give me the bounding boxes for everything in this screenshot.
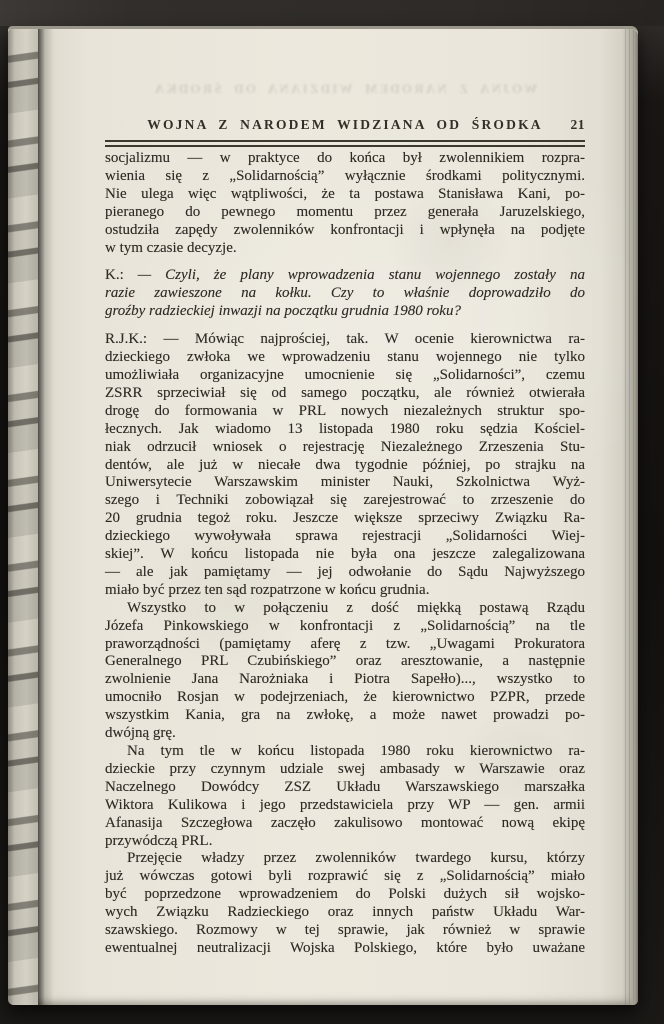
text-line: zwolnienie Jana Narożniaka i Piotra Sape… [105,671,585,689]
text-line: Wiktora Kulikowa i jego przedstawiciela … [105,797,585,815]
running-header: WOJNA Z NARODEM WIDZIANA OD ŚRODKA 21 [105,117,585,133]
text-line: ostudziła zapędy zwolenników konfrontacj… [105,222,585,240]
text-line: już wówczas gotowi byli rozprawić się z … [105,868,585,886]
text-line: Generalnego PRL Czubińskiego” oraz aresz… [105,653,585,671]
header-double-rule [105,140,585,147]
text-line: drogę do formowania w PRL nowych niezale… [105,403,585,421]
text-line: ewentualnej neutralizacji Wojska Polskie… [105,940,585,958]
text-line: Uniwersytecie Warszawskim minister Nauki… [105,474,585,492]
paragraph: socjalizmu — w praktyce do końca był zwo… [105,150,585,257]
text-line: pieranego do pewnego momentu przez gener… [105,204,585,222]
text-line: skiej”. W końcu listopada nie była ona j… [105,546,585,564]
text-line: szego i Techniki zobowiązał się zarejest… [105,492,585,510]
text-line: 20 grudnia tegoż roku. Jeszcze większe s… [105,510,585,528]
text-line: Naczelnego Dowódcy ZSZ Układu Warszawski… [105,779,585,797]
text-line: wszystkim Kania, gra na zwłokę, a może n… [105,707,585,725]
paragraph: Przejęcie władzy przez zwolenników tward… [105,850,585,957]
text-line: być poprzedzone wprowadzeniem do Polski … [105,886,585,904]
text-line: dwójną grę. [105,725,585,743]
page-gutter-crease [38,29,54,1005]
text-line: umocniło Rosjan w podejrzeniach, że kier… [105,689,585,707]
speaker-label: K.: [105,267,124,283]
page-title: WOJNA Z NARODEM WIDZIANA OD ŚRODKA [147,117,542,132]
text-line: wienia się z „Solidarnością” wyłącznie ś… [105,168,585,186]
text-line: dzieckiego zwłoka we wprowadzeniu stanu … [105,349,585,367]
text-line: dentów, ale już w niecałe dwa tygodnie p… [105,457,585,475]
text-line: dzieckiego wywoływała sprawa rejestracji… [105,528,585,546]
photo-background-top [0,0,664,26]
text-line: — ale jak pamiętamy — jej odwołanie do S… [105,564,585,582]
text-line: Nie ulega więc wątpliwości, że ta postaw… [105,186,585,204]
ghost-title: WOJNA Z NARODEM WIDZIANA OD ŚRODKA [153,81,538,96]
text-line: Na tym tle w końcu listopada 1980 roku k… [105,743,585,761]
page-number: 21 [571,117,586,133]
text-line: Afanasija Szczegłowa zaczęło zakulisowo … [105,815,585,833]
text-line: miało być przez ten sąd rozpatrzone w ko… [105,582,585,600]
showthrough-ghost-text: WOJNA Z NARODEM WIDZIANA OD ŚRODKA [105,81,585,97]
text-line: Józefa Pinkowskiego w konfrontacji z „So… [105,618,585,636]
text-line: praworządności (pamiętamy aferę z tzw. „… [105,636,585,654]
text-line: R.J.K.: — Mówiąc najprościej, tak. W oce… [105,331,585,349]
body-text: socjalizmu — w praktyce do końca był zwo… [105,150,585,958]
text-line: ZSRR sprzeciwiał się od samego początku,… [105,385,585,403]
page-content: WOJNA Z NARODEM WIDZIANA OD ŚRODKA WOJNA… [105,29,585,1005]
page-edge-left [8,29,38,1005]
page-edge-right [622,29,638,1005]
text-line: K.: — Czyli, że plany wprowadzenia stanu… [105,267,585,285]
text-line: dzieckie przy czynnym udziale swej ambas… [105,761,585,779]
text-line: socjalizmu — w praktyce do końca był zwo… [105,150,585,168]
book-page: WOJNA Z NARODEM WIDZIANA OD ŚRODKA WOJNA… [8,26,638,1005]
text-line: przywódczą PRL. [105,833,585,851]
text-line: w tym czasie decyzje. [105,240,585,258]
text-line: Wszystko to w połączeniu z dość miękką p… [105,600,585,618]
text-line: groźby radzieckiej inwazji na początku g… [105,303,585,321]
paragraph: Wszystko to w połączeniu z dość miękką p… [105,600,585,743]
text-line: niak odrzucił wniosek o rejestrację Niez… [105,439,585,457]
text-line: wych Związku Radzieckiego oraz innych pa… [105,904,585,922]
text-line: umożliwiała organizacyjne umocnienie się… [105,367,585,385]
text-line: szawskiego. Rozmowy w tej sprawie, jak r… [105,922,585,940]
text-line: łecznych. Jak wiadomo 13 listopada 1980 … [105,421,585,439]
text-line: Przejęcie władzy przez zwolenników tward… [105,850,585,868]
paragraph: Na tym tle w końcu listopada 1980 roku k… [105,743,585,850]
text-line: razie zawieszone na kołku. Czy to właśni… [105,285,585,303]
paragraph: R.J.K.: — Mówiąc najprościej, tak. W oce… [105,331,585,600]
paragraph: K.: — Czyli, że plany wprowadzenia stanu… [105,267,585,321]
